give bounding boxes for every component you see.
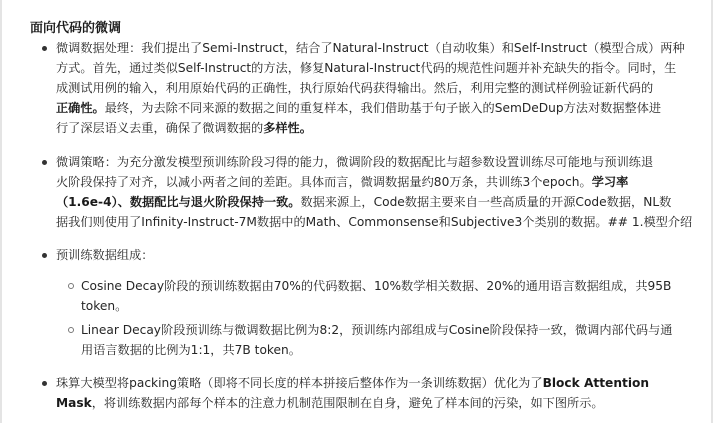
- text-line: Linear Decay阶段预训练与微调数据比例为8:2，预训练内部组成与Cos…: [81, 320, 686, 340]
- bold-text: Mask: [56, 396, 92, 410]
- bold-text: Block Attention: [543, 376, 650, 390]
- bullet-icon: [42, 253, 47, 258]
- bold-text: 正确性。: [56, 101, 105, 115]
- text-line: 成测试用例的输入，利用原始代码的正确性，执行原始代码获得输出。然后，利用完整的测…: [56, 78, 686, 98]
- text-line: Mask，将训练数据内部每个样本的注意力机制范围限制在自身，避免了样本间的污染，…: [56, 393, 686, 413]
- list-item-finetune-strategy: 微调策略：为充分激发模型预训练阶段习得的能力，微调阶段的数据配比与超参数设置训练…: [56, 152, 686, 232]
- text-line: 正确性。最终，为去除不同来源的数据之间的重复样本，我们借助基于句子嵌入的SemD…: [56, 98, 686, 118]
- hollow-bullet-icon: [68, 283, 74, 289]
- text-line: Cosine Decay阶段的预训练数据由70%的代码数据、10%数学相关数据、…: [81, 276, 686, 296]
- list-item-data-processing: 微调数据处理：我们提出了Semi-Instruct，结合了Natural-Ins…: [56, 38, 686, 138]
- text-line: 预训练数据组成：: [56, 245, 686, 265]
- text-line: （1.6e-4）、数据配比与退火阶段保持一致。数据来源上，Code数据主要来自一…: [56, 192, 686, 212]
- list-item-pretrain-data: 预训练数据组成：: [56, 245, 686, 265]
- bold-text: （1.6e-4）、数据配比与退火阶段保持一致。: [56, 195, 300, 209]
- bullet-icon: [42, 46, 47, 51]
- bullet-icon: [42, 160, 47, 165]
- text-line: 方式。首先，通过类似Self-Instruct的方法，修复Natural-Ins…: [56, 58, 686, 78]
- bold-text: 多样性。: [263, 121, 312, 135]
- text-line: 行了深层语义去重，确保了微调数据的多样性。: [56, 118, 686, 138]
- text-line: 据我们则使用了Infinity-Instruct-7M数据中的Math、Comm…: [56, 212, 686, 232]
- hollow-bullet-icon: [68, 327, 74, 333]
- text-line: 微调策略：为充分激发模型预训练阶段习得的能力，微调阶段的数据配比与超参数设置训练…: [56, 152, 686, 172]
- text-line: token。: [81, 296, 686, 316]
- sub-item-linear-decay: Linear Decay阶段预训练与微调数据比例为8:2，预训练内部组成与Cos…: [81, 320, 686, 360]
- document-panel: 面向代码的微调 微调数据处理：我们提出了Semi-Instruct，结合了Nat…: [0, 0, 713, 423]
- bullet-icon: [42, 381, 47, 386]
- list-item-packing-strategy: 珠算大模型将packing策略（即将不同长度的样本拼接后整体作为一条训练数据）优…: [56, 373, 686, 413]
- text-line: 用语言数据的比例为1:1，共7B token。: [81, 340, 686, 360]
- section-heading: 面向代码的微调: [30, 17, 121, 36]
- text-line: 微调数据处理：我们提出了Semi-Instruct，结合了Natural-Ins…: [56, 38, 686, 58]
- text-line: 火阶段保持了对齐，以减小两者之间的差距。具体而言，微调数据量约80万条，共训练3…: [56, 172, 686, 192]
- text-line: 珠算大模型将packing策略（即将不同长度的样本拼接后整体作为一条训练数据）优…: [56, 373, 686, 393]
- bold-text: 学习率: [592, 175, 629, 189]
- sub-item-cosine-decay: Cosine Decay阶段的预训练数据由70%的代码数据、10%数学相关数据、…: [81, 276, 686, 316]
